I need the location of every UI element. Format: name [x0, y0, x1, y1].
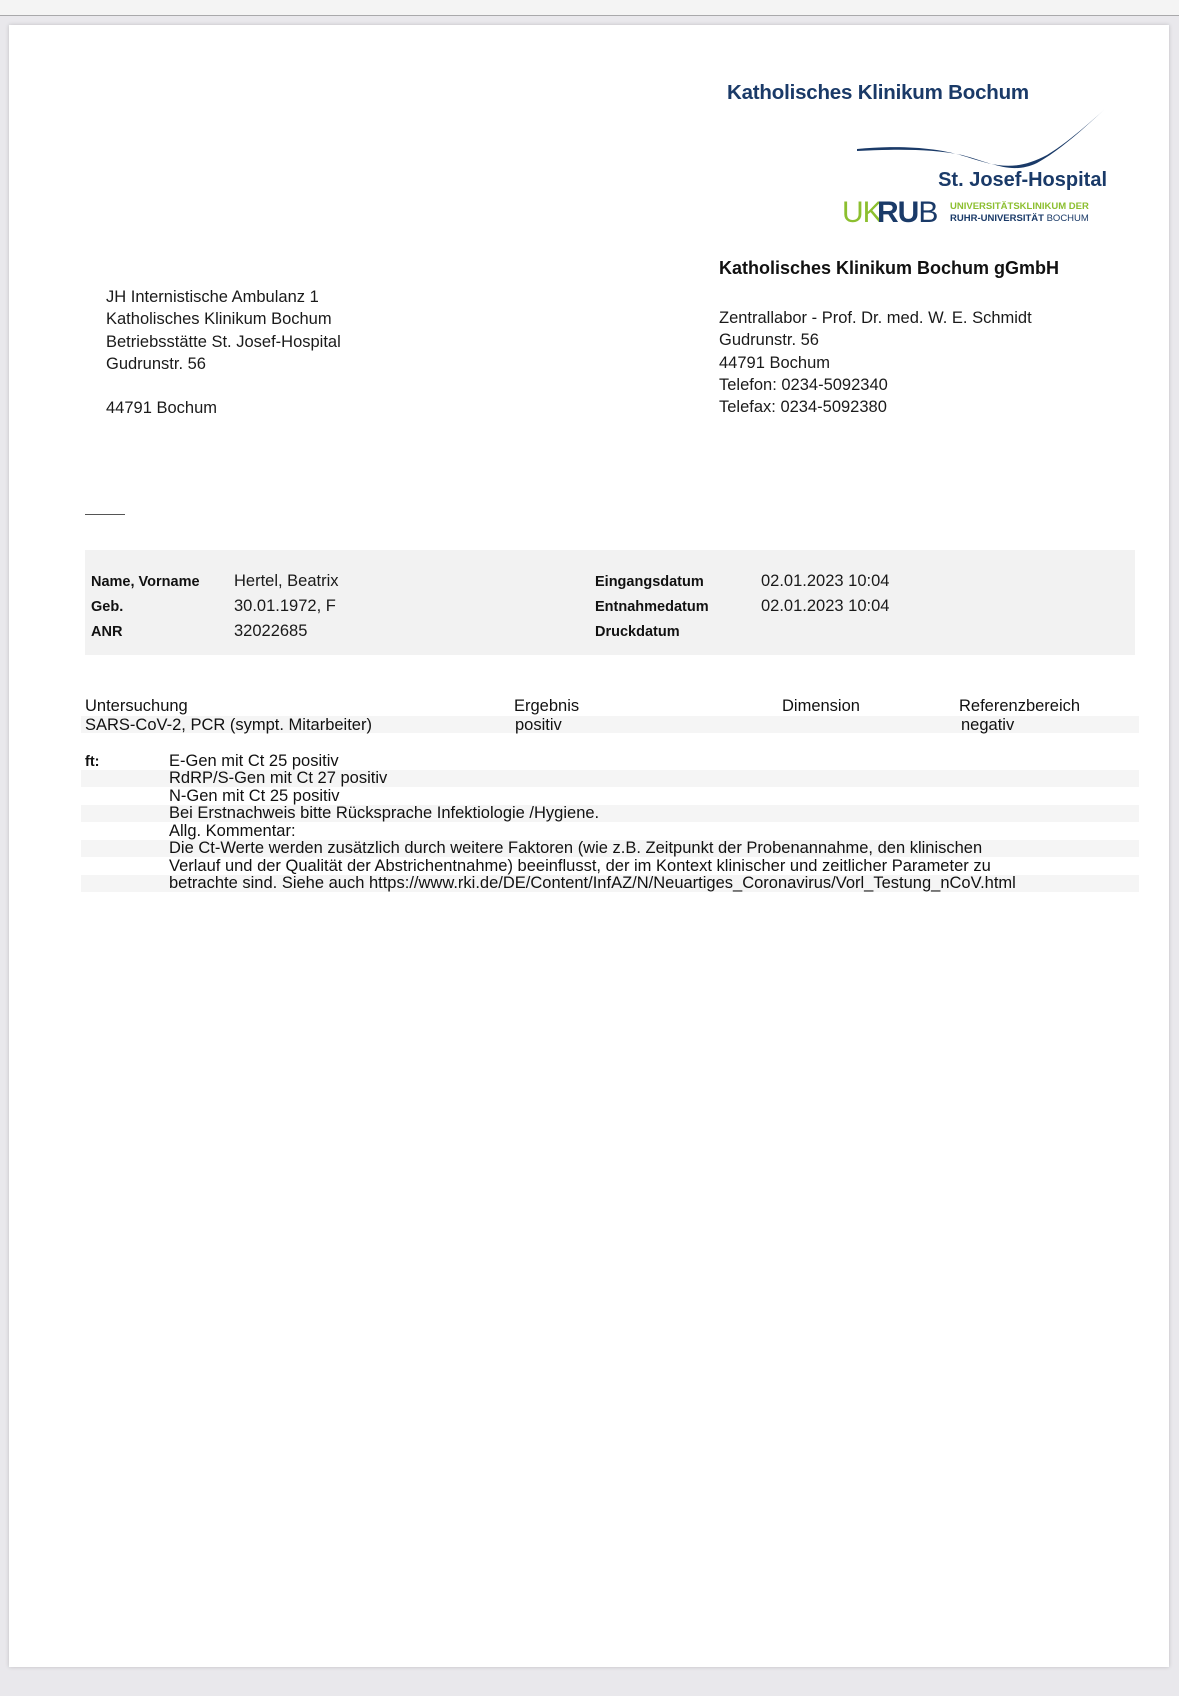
header-reference: Referenzbereich: [959, 697, 1080, 715]
logo-subline-2-normal: BOCHUM: [1047, 213, 1089, 224]
logo-ru: RU: [877, 196, 918, 229]
recipient-address: JH Internistische Ambulanz 1 Katholische…: [106, 286, 341, 420]
name-value: Hertel, Beatrix: [234, 572, 339, 591]
recipient-line: JH Internistische Ambulanz 1: [106, 286, 341, 308]
sender-line: Zentrallabor - Prof. Dr. med. W. E. Schm…: [719, 307, 1032, 329]
received-label: Eingangsdatum: [595, 574, 704, 590]
fold-mark: [85, 514, 125, 515]
result-test: SARS-CoV-2, PCR (sympt. Mitarbeiter): [85, 716, 372, 734]
recipient-line: 44791 Bochum: [106, 397, 341, 419]
logo-swoosh-icon: [857, 105, 1107, 175]
sender-title: Katholisches Klinikum Bochum gGmbH: [719, 258, 1059, 279]
logo-hospital-name: St. Josef-Hospital: [938, 169, 1107, 192]
comment-line: N-Gen mit Ct 25 positiv: [169, 787, 340, 805]
result-reference: negativ: [961, 716, 1014, 734]
logo-subline-2-bold: RUHR-UNIVERSITÄT: [950, 213, 1047, 224]
sampled-label: Entnahmedatum: [595, 599, 709, 615]
comment-line: Bei Erstnachweis bitte Rücksprache Infek…: [169, 804, 599, 822]
comment-label: ft:: [85, 753, 100, 771]
sender-line: Telefon: 0234-5092340: [719, 374, 1032, 396]
comment-line: Die Ct-Werte werden zusätzlich durch wei…: [169, 839, 982, 857]
recipient-line: [106, 375, 341, 397]
comment-line: Allg. Kommentar:: [169, 822, 296, 840]
name-label: Name, Vorname: [91, 574, 200, 590]
sender-line: Telefax: 0234-5092380: [719, 396, 1032, 418]
patient-info-box: Name, Vorname Hertel, Beatrix Geb. 30.01…: [85, 550, 1135, 655]
anr-label: ANR: [91, 624, 122, 640]
birth-label: Geb.: [91, 599, 123, 615]
comment-line: E-Gen mit Ct 25 positiv: [169, 752, 339, 770]
comment-line: Verlauf und der Qualität der Abstrichent…: [169, 857, 991, 875]
recipient-line: Betriebsstätte St. Josef-Hospital: [106, 331, 341, 353]
document-page: Katholisches Klinikum Bochum St. Josef-H…: [9, 25, 1169, 1667]
header-test: Untersuchung: [85, 697, 188, 715]
birth-value: 30.01.1972, F: [234, 597, 336, 616]
logo-uk: UK: [842, 196, 882, 230]
anr-value: 32022685: [234, 622, 307, 641]
sender-line: 44791 Bochum: [719, 352, 1032, 374]
received-value: 02.01.2023 10:04: [761, 572, 889, 591]
result-value: positiv: [515, 716, 562, 734]
recipient-line: Katholisches Klinikum Bochum: [106, 308, 341, 330]
printed-label: Druckdatum: [595, 624, 680, 640]
logo-b: B: [918, 196, 937, 229]
recipient-line: Gudrunstr. 56: [106, 353, 341, 375]
header-dimension: Dimension: [782, 697, 860, 715]
sender-line: Gudrunstr. 56: [719, 329, 1032, 351]
viewer-toolbar: [0, 0, 1179, 16]
logo-subline: UNIVERSITÄTSKLINIKUM DER RUHR-UNIVERSITÄ…: [950, 201, 1089, 225]
header-result: Ergebnis: [514, 697, 579, 715]
logo-rub: RUB: [877, 196, 937, 230]
sampled-value: 02.01.2023 10:04: [761, 597, 889, 616]
comment-line: betrachte sind. Siehe auch https://www.r…: [169, 874, 1016, 892]
logo-subline-1: UNIVERSITÄTSKLINIKUM DER: [950, 201, 1089, 213]
logo-institution-name: Katholisches Klinikum Bochum: [727, 81, 1029, 105]
logo-subline-2: RUHR-UNIVERSITÄT BOCHUM: [950, 213, 1089, 225]
sender-address: Zentrallabor - Prof. Dr. med. W. E. Schm…: [719, 307, 1032, 418]
comment-line: RdRP/S-Gen mit Ct 27 positiv: [169, 769, 387, 787]
